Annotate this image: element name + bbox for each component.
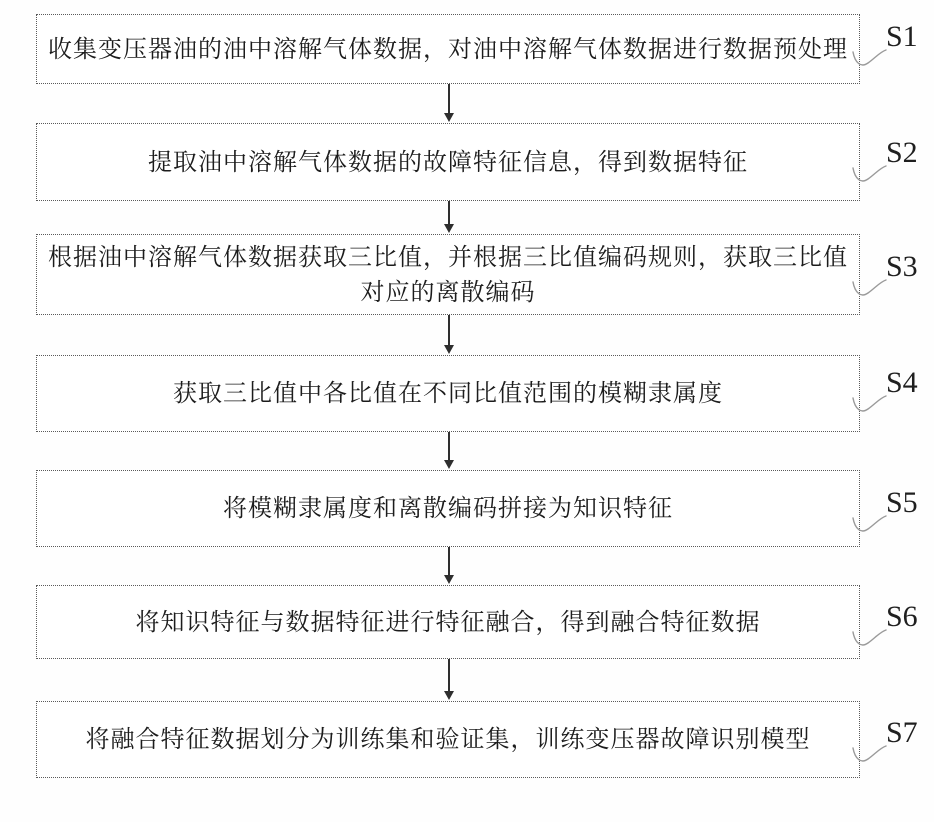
flow-step-box-5: 将模糊隶属度和离散编码拼接为知识特征 xyxy=(36,470,860,547)
leader-line-7 xyxy=(852,744,888,770)
down-arrow-icon-2 xyxy=(448,201,450,225)
flow-step-box-6: 将知识特征与数据特征进行特征融合，得到融合特征数据 xyxy=(36,585,860,659)
flow-step-box-1: 收集变压器油的油中溶解气体数据，对油中溶解气体数据进行数据预处理 xyxy=(36,14,860,84)
flow-step-text-3: 根据油中溶解气体数据获取三比值，并根据三比值编码规则，获取三比值对应的离散编码 xyxy=(42,240,854,310)
leader-line-5 xyxy=(852,514,888,540)
step-label-7: S7 xyxy=(886,716,918,750)
flow-step-text-2: 提取油中溶解气体数据的故障特征信息，得到数据特征 xyxy=(148,145,748,180)
flow-step-text-7: 将融合特征数据划分为训练集和验证集，训练变压器故障识别模型 xyxy=(86,722,811,757)
flow-step-text-1: 收集变压器油的油中溶解气体数据，对油中溶解气体数据进行数据预处理 xyxy=(48,32,848,67)
leader-line-2 xyxy=(852,164,888,190)
down-arrow-icon-1 xyxy=(448,84,450,114)
flow-step-box-2: 提取油中溶解气体数据的故障特征信息，得到数据特征 xyxy=(36,123,860,201)
down-arrow-icon-5 xyxy=(448,547,450,576)
leader-line-6 xyxy=(852,628,888,654)
step-label-1: S1 xyxy=(886,20,918,54)
step-label-5: S5 xyxy=(886,486,918,520)
flowchart: 收集变压器油的油中溶解气体数据，对油中溶解气体数据进行数据预处理 S1 提取油中… xyxy=(0,0,934,822)
flow-step-text-6: 将知识特征与数据特征进行特征融合，得到融合特征数据 xyxy=(136,605,761,640)
step-label-4: S4 xyxy=(886,366,918,400)
leader-line-4 xyxy=(852,394,888,420)
leader-line-3 xyxy=(852,278,888,304)
down-arrow-icon-3 xyxy=(448,315,450,346)
step-label-6: S6 xyxy=(886,600,918,634)
flow-step-text-5: 将模糊隶属度和离散编码拼接为知识特征 xyxy=(223,491,673,526)
flow-step-box-4: 获取三比值中各比值在不同比值范围的模糊隶属度 xyxy=(36,355,860,432)
flow-step-text-4: 获取三比值中各比值在不同比值范围的模糊隶属度 xyxy=(173,376,723,411)
flow-step-box-7: 将融合特征数据划分为训练集和验证集，训练变压器故障识别模型 xyxy=(36,701,860,778)
down-arrow-icon-4 xyxy=(448,432,450,461)
flow-step-box-3: 根据油中溶解气体数据获取三比值，并根据三比值编码规则，获取三比值对应的离散编码 xyxy=(36,234,860,315)
down-arrow-icon-6 xyxy=(448,659,450,692)
step-label-2: S2 xyxy=(886,136,918,170)
step-label-3: S3 xyxy=(886,250,918,284)
leader-line-1 xyxy=(852,48,888,74)
